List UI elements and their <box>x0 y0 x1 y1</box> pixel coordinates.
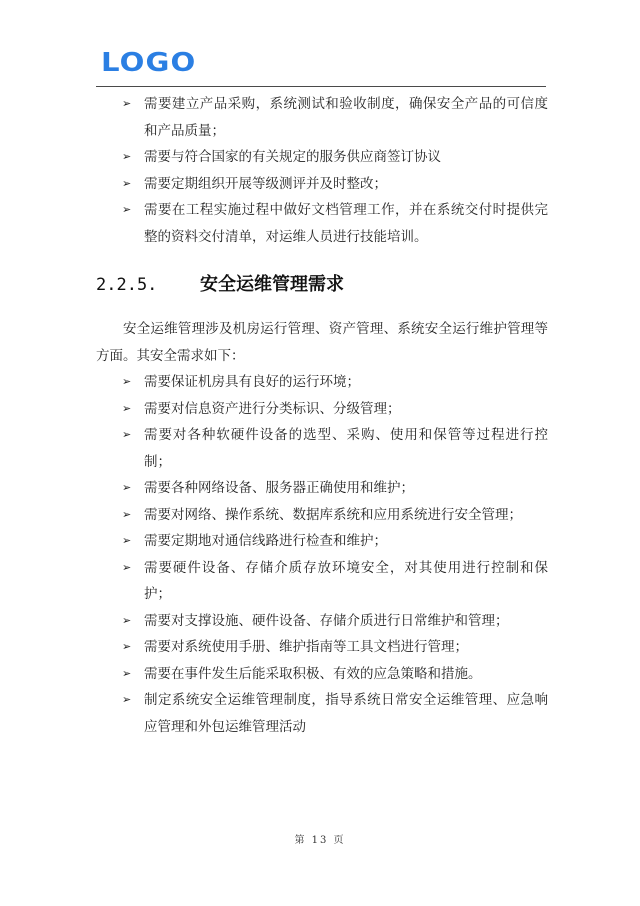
list-item: ➢ 需要保证机房具有良好的运行环境； <box>96 369 548 396</box>
list-item: ➢ 需要与符合国家的有关规定的服务供应商签订协议 <box>96 144 548 171</box>
arrow-bullet-icon: ➢ <box>122 396 131 423</box>
list-item: ➢ 需要在工程实施过程中做好文档管理工作，并在系统交付时提供完整的资料交付清单，… <box>96 197 548 250</box>
list-item: ➢ 需要在事件发生后能采取积极、有效的应急策略和措施。 <box>96 661 548 688</box>
arrow-bullet-icon: ➢ <box>122 528 131 555</box>
list-item-text: 需要建立产品采购，系统测试和验收制度，确保安全产品的可信度和产品质量； <box>144 91 548 144</box>
arrow-bullet-icon: ➢ <box>122 661 131 688</box>
arrow-bullet-icon: ➢ <box>122 475 131 502</box>
list-item: ➢ 需要对系统使用手册、维护指南等工具文档进行管理； <box>96 634 548 661</box>
list-item-text: 需要对系统使用手册、维护指南等工具文档进行管理； <box>144 634 548 661</box>
list-item: ➢ 需要建立产品采购，系统测试和验收制度，确保安全产品的可信度和产品质量； <box>96 91 548 144</box>
list-item: ➢ 需要各种网络设备、服务器正确使用和维护； <box>96 475 548 502</box>
arrow-bullet-icon: ➢ <box>122 555 131 582</box>
arrow-bullet-icon: ➢ <box>122 687 131 714</box>
header-divider <box>96 86 546 87</box>
section-intro-paragraph: 安全运维管理涉及机房运行管理、资产管理、系统安全运行维护管理等方面。其安全需求如… <box>96 316 548 369</box>
list-item-text: 需要在事件发生后能采取积极、有效的应急策略和措施。 <box>144 661 548 688</box>
list-item-text: 需要在工程实施过程中做好文档管理工作，并在系统交付时提供完整的资料交付清单，对运… <box>144 197 548 250</box>
page-content: ➢ 需要建立产品采购，系统测试和验收制度，确保安全产品的可信度和产品质量； ➢ … <box>96 91 548 740</box>
list-item: ➢ 需要对信息资产进行分类标识、分级管理； <box>96 396 548 423</box>
list-item: ➢ 制定系统安全运维管理制度，指导系统日常安全运维管理、应急响应管理和外包运维管… <box>96 687 548 740</box>
list-item-text: 需要对信息资产进行分类标识、分级管理； <box>144 396 548 423</box>
list-item-text: 需要定期组织开展等级测评并及时整改； <box>144 171 548 198</box>
section-heading: 2.2.5.安全运维管理需求 <box>96 272 548 298</box>
list-item: ➢ 需要硬件设备、存储介质存放环境安全，对其使用进行控制和保护； <box>96 555 548 608</box>
arrow-bullet-icon: ➢ <box>122 144 131 171</box>
page-number: 第 13 页 <box>0 831 640 846</box>
list-item-text: 需要各种网络设备、服务器正确使用和维护； <box>144 475 548 502</box>
logo: LOGO <box>101 48 196 78</box>
list-item-text: 需要硬件设备、存储介质存放环境安全，对其使用进行控制和保护； <box>144 555 548 608</box>
arrow-bullet-icon: ➢ <box>122 197 131 224</box>
list-item-text: 需要与符合国家的有关规定的服务供应商签订协议 <box>144 144 548 171</box>
document-page: LOGO ➢ 需要建立产品采购，系统测试和验收制度，确保安全产品的可信度和产品质… <box>0 0 640 906</box>
arrow-bullet-icon: ➢ <box>122 91 131 118</box>
list-item: ➢ 需要对各种软硬件设备的选型、采购、使用和保管等过程进行控制； <box>96 422 548 475</box>
arrow-bullet-icon: ➢ <box>122 369 131 396</box>
arrow-bullet-icon: ➢ <box>122 502 131 529</box>
arrow-bullet-icon: ➢ <box>122 171 131 198</box>
list-item: ➢ 需要对网络、操作系统、数据库系统和应用系统进行安全管理； <box>96 502 548 529</box>
list-item: ➢ 需要定期组织开展等级测评并及时整改； <box>96 171 548 198</box>
list-item-text: 需要对支撑设施、硬件设备、存储介质进行日常维护和管理； <box>144 608 548 635</box>
list-item: ➢ 需要定期地对通信线路进行检查和维护； <box>96 528 548 555</box>
list-item-text: 需要对各种软硬件设备的选型、采购、使用和保管等过程进行控制； <box>144 422 548 475</box>
arrow-bullet-icon: ➢ <box>122 634 131 661</box>
list-item-text: 需要定期地对通信线路进行检查和维护； <box>144 528 548 555</box>
section-number: 2.2.5. <box>96 272 200 298</box>
arrow-bullet-icon: ➢ <box>122 608 131 635</box>
section-title: 安全运维管理需求 <box>200 274 344 295</box>
list-item: ➢ 需要对支撑设施、硬件设备、存储介质进行日常维护和管理； <box>96 608 548 635</box>
list-item-text: 制定系统安全运维管理制度，指导系统日常安全运维管理、应急响应管理和外包运维管理活… <box>144 687 548 740</box>
arrow-bullet-icon: ➢ <box>122 422 131 449</box>
list-item-text: 需要保证机房具有良好的运行环境； <box>144 369 548 396</box>
list-item-text: 需要对网络、操作系统、数据库系统和应用系统进行安全管理； <box>144 502 548 529</box>
